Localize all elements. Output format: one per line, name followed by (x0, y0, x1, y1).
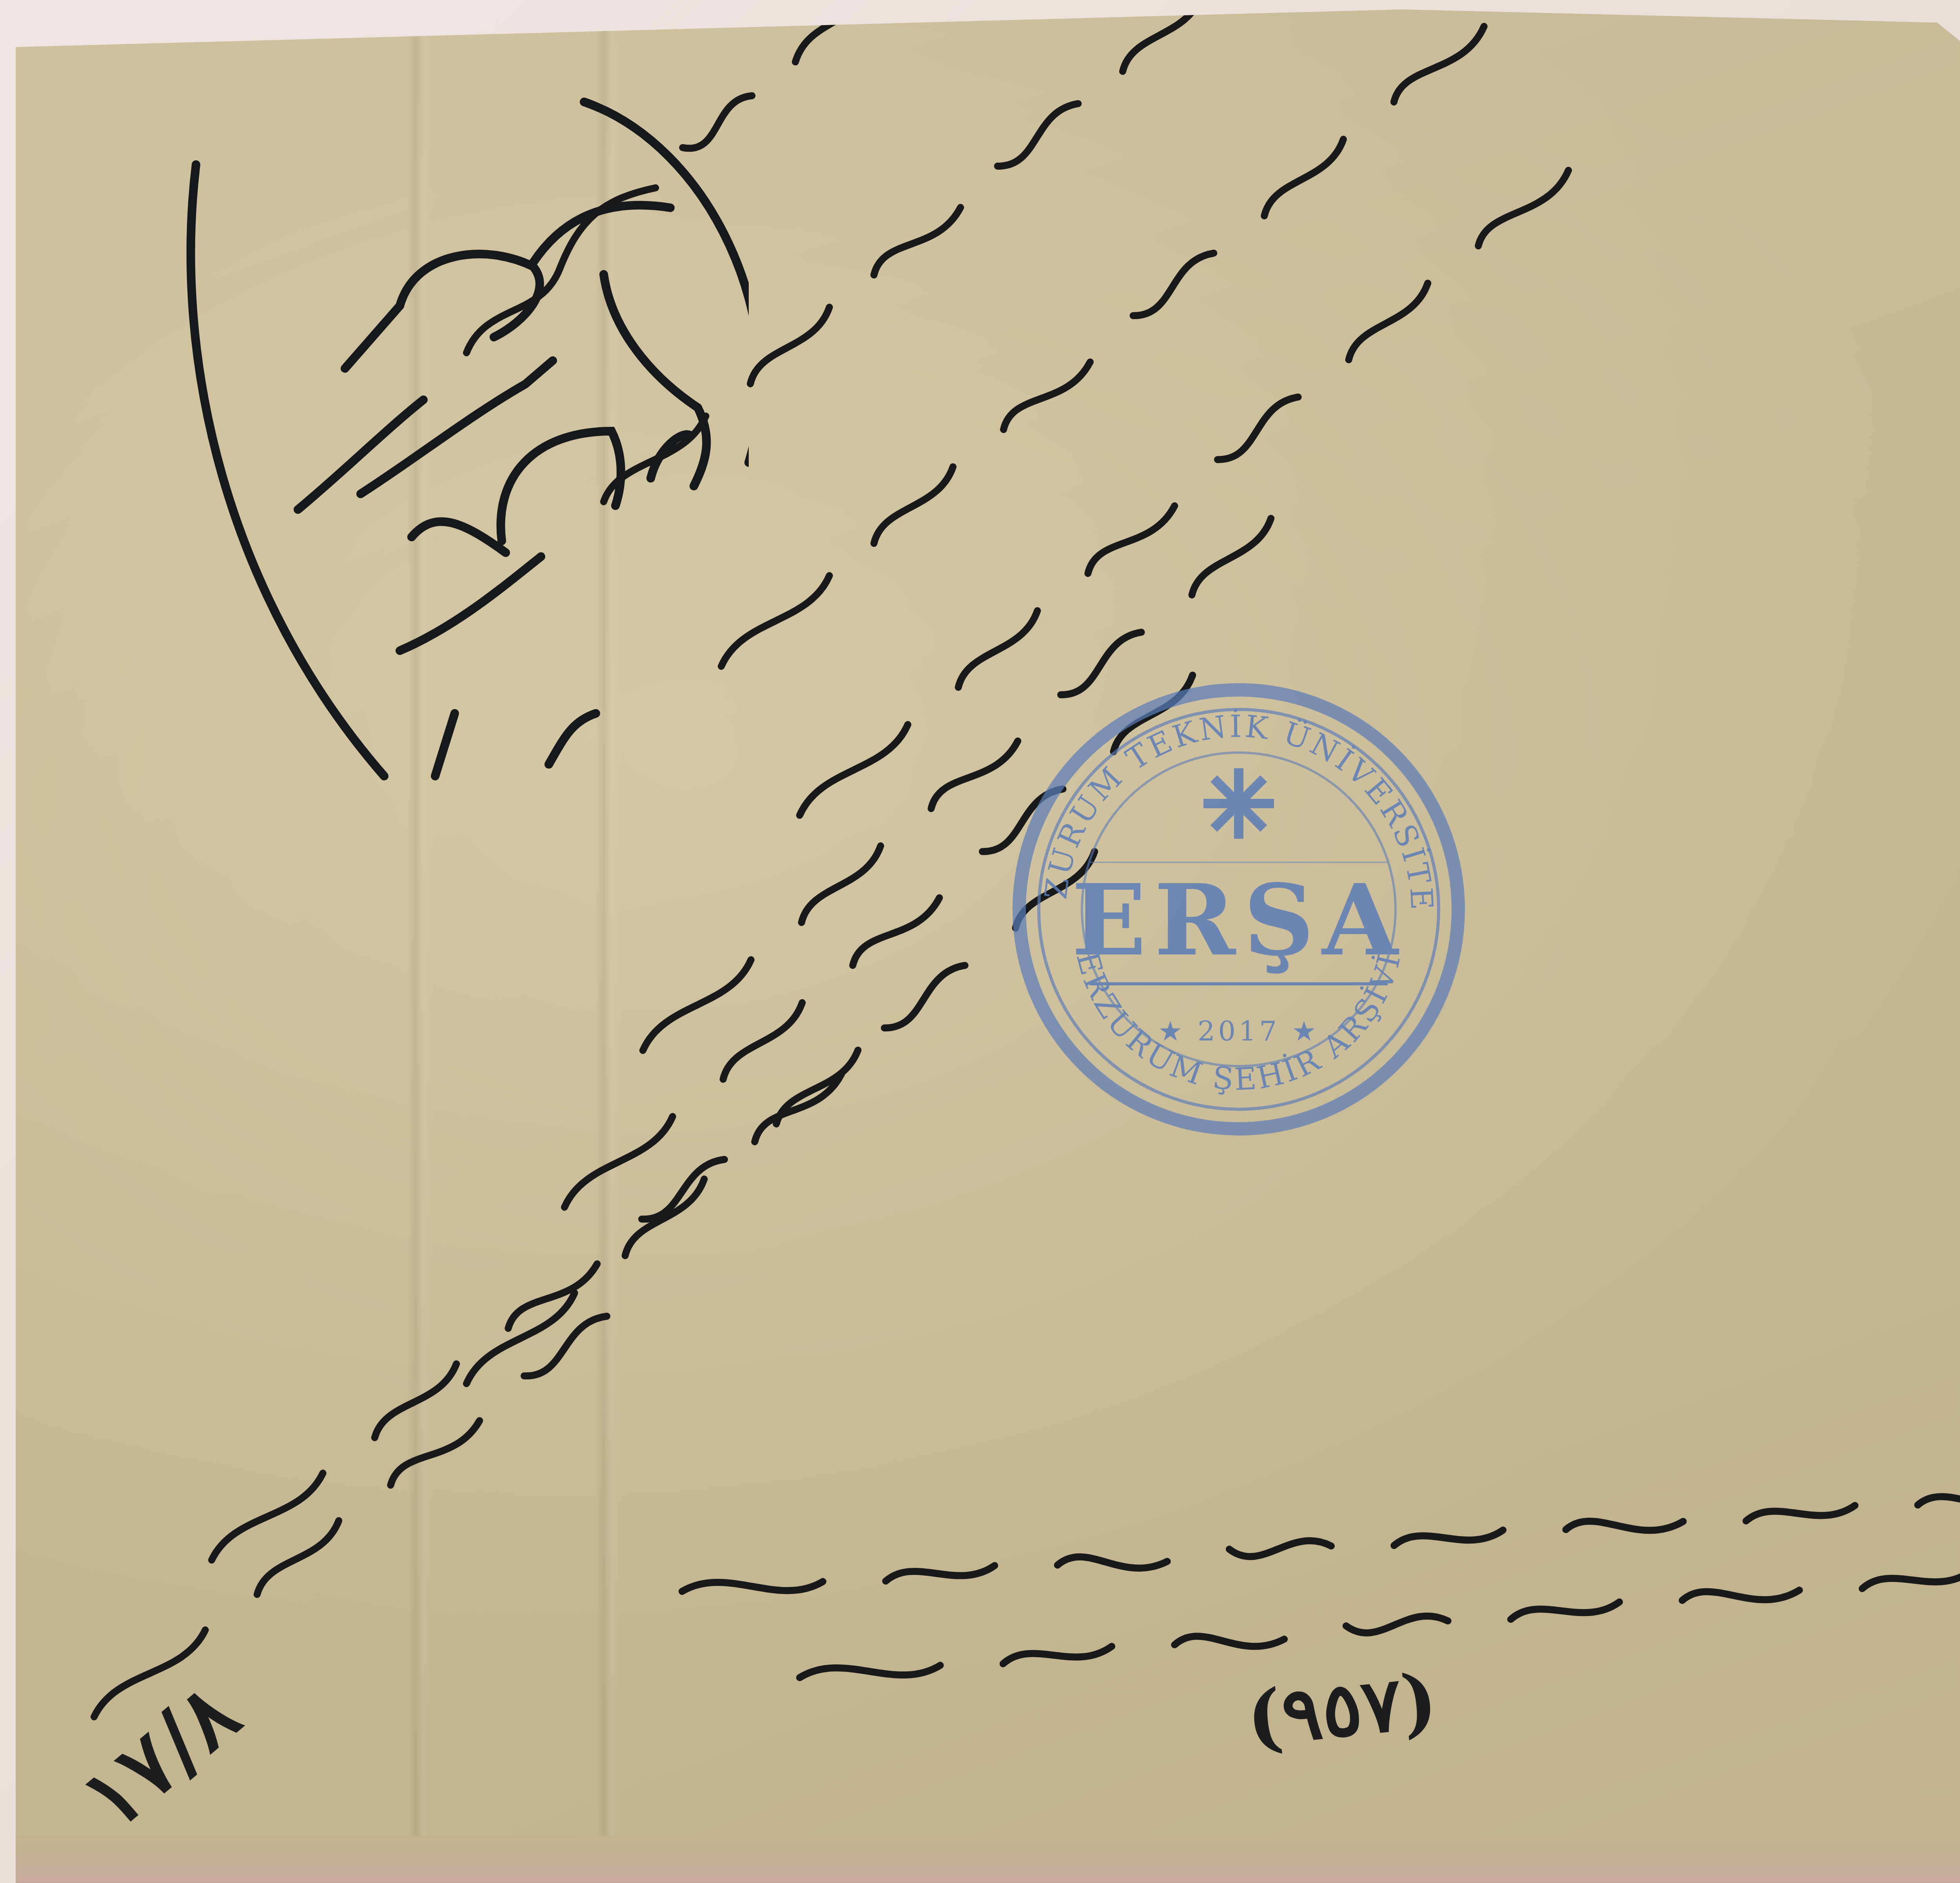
handwritten-text (16, 0, 1960, 1883)
archive-stamp: ERZURUM TEKNİK ÜNİVERSİTESİ ERZURUM ŞEHİ… (1004, 674, 1474, 1145)
historical-document: (٩٥٧) ١٧/٨ ERZURUM TEKNİK ÜNİVERSİTESİ E… (16, 0, 1960, 1883)
stamp-center-text: ERŞA (1004, 862, 1474, 978)
scan-background: (٩٥٧) ١٧/٨ ERZURUM TEKNİK ÜNİVERSİTESİ E… (0, 0, 1960, 1883)
handwritten-line (75, 1161, 793, 1742)
handwritten-line (192, 908, 1034, 1585)
stamp-year: ★ 2017 ★ (1004, 1015, 1474, 1047)
snowflake-emblem-icon (1203, 768, 1274, 839)
